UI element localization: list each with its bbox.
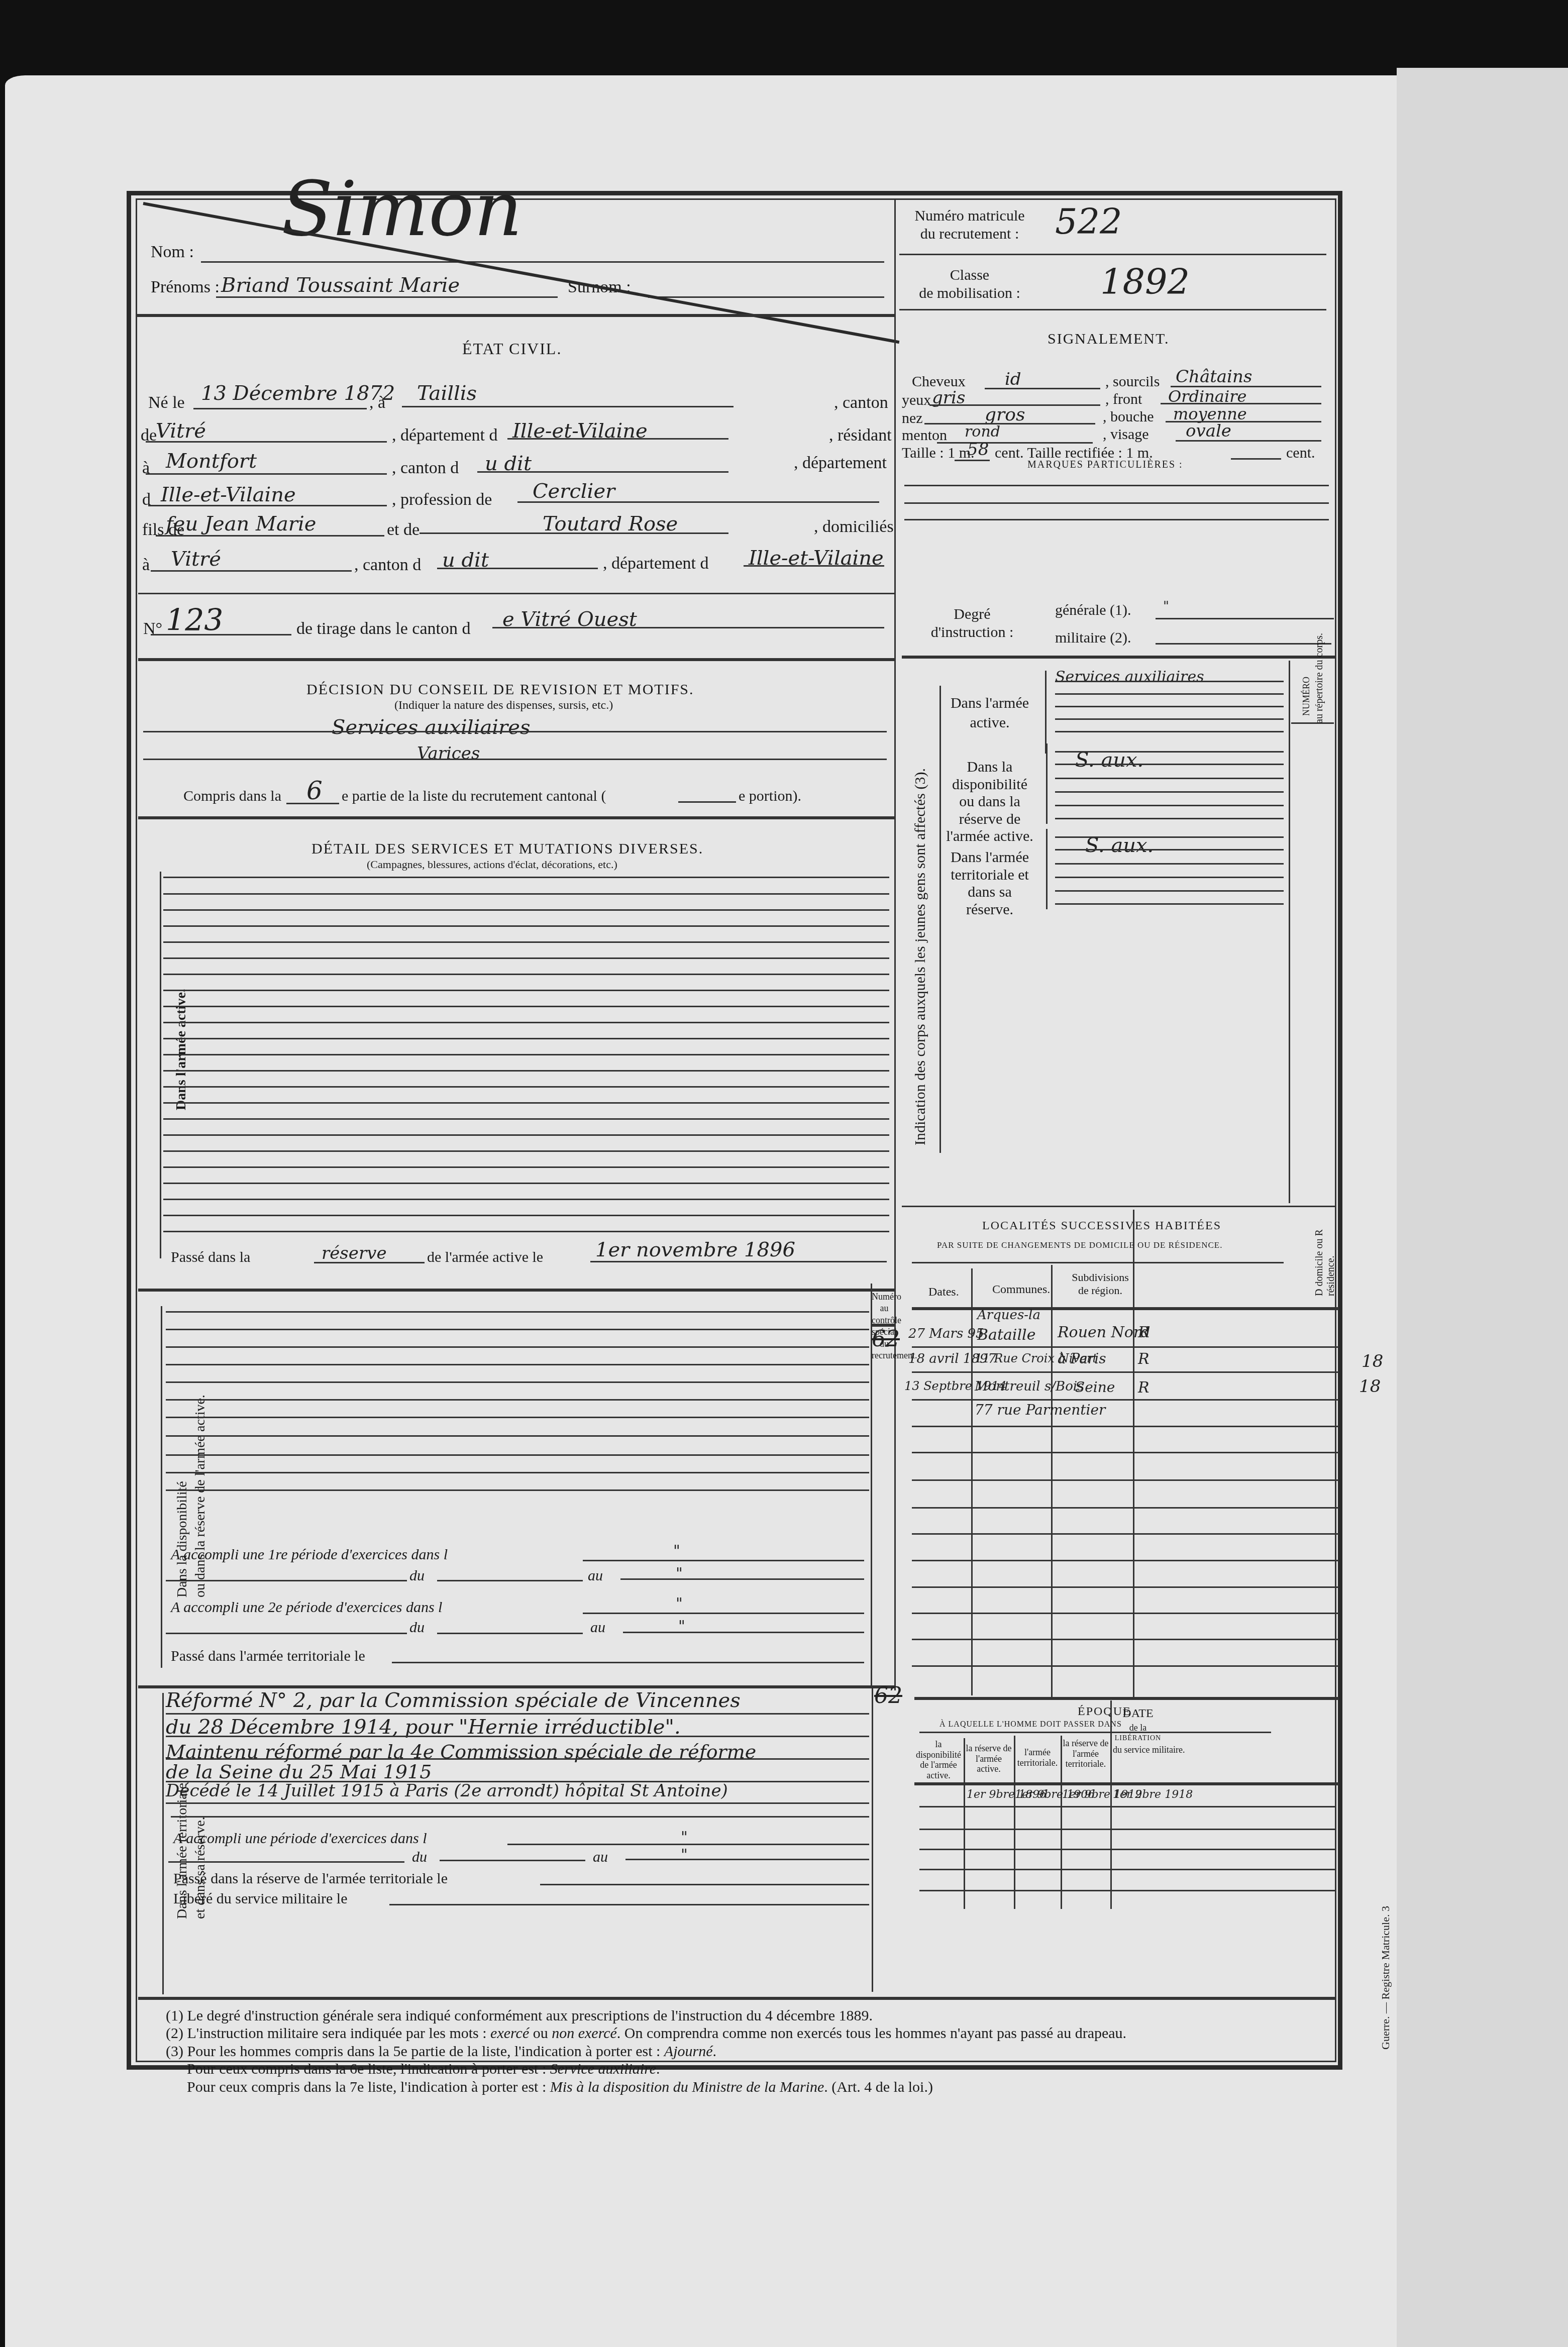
profession-label: , profession de — [392, 491, 492, 508]
liberation-value: 1er 9bre 1918 — [1113, 1788, 1193, 1801]
ruled-line — [912, 1479, 1339, 1481]
ruled-line — [166, 1713, 869, 1715]
numero-ctrl-value: 62 — [872, 1326, 900, 1352]
dispo-bottom-line — [138, 1685, 894, 1688]
ruled-line — [166, 1489, 869, 1491]
decision-subtitle: (Indiquer la nature des dispenses, sursi… — [394, 699, 613, 711]
footnote-4-service: Service auxiliaire — [550, 2061, 656, 2077]
epoque-col-2-label: la réserve de l'armée active. — [965, 1743, 1013, 1774]
periode1-au-line — [620, 1578, 864, 1580]
taille-value: 58 — [967, 440, 989, 460]
passe-date: 1er novembre 1896 — [595, 1238, 795, 1261]
pere-line — [156, 535, 384, 537]
yeux-label: yeux — [902, 393, 931, 408]
row2-subdivision: à Paris — [1058, 1350, 1106, 1367]
margin-note-1: 18 — [1362, 1351, 1383, 1371]
dispo-side-label: Dans la disponibilité ou dans la réserve… — [173, 1395, 210, 1597]
sourcils-label: , sourcils — [1105, 374, 1160, 389]
departement2-label: , département — [794, 455, 887, 472]
row1-subdivision: Rouen Nord — [1058, 1324, 1150, 1341]
dom-a-value: Vitré — [171, 548, 221, 571]
services-subtitle: (Campagnes, blessures, actions d'éclat, … — [367, 859, 617, 870]
surnom-line — [648, 296, 884, 298]
ruled-line — [166, 1346, 869, 1348]
decision-line-2 — [143, 759, 887, 760]
ruled-line — [163, 1102, 889, 1104]
ruled-line — [166, 1417, 869, 1418]
canton-d-line — [477, 471, 728, 473]
footnote-5-marine: Mis à la disposition du Ministre de la M… — [550, 2079, 824, 2095]
tirage-no-line — [151, 634, 291, 635]
decision-line1: Services auxiliaires — [332, 716, 530, 739]
left-right-divider — [894, 314, 896, 1690]
ruled-line — [1055, 890, 1284, 892]
ruled-line — [919, 1869, 1336, 1870]
a-label: , à — [369, 394, 385, 411]
residant-label: , résidant — [829, 427, 892, 444]
ruled-line — [912, 1639, 1339, 1640]
col-subdiv-header: Subdivisions de région. — [1070, 1271, 1130, 1298]
ruled-line — [912, 1533, 1339, 1535]
profession-line — [517, 501, 879, 503]
epoque-col-div-liberation — [1110, 1700, 1112, 1909]
dom-canton-line — [437, 568, 598, 569]
active-bracket — [1045, 671, 1047, 754]
terr-bracket — [162, 1693, 164, 1994]
prenoms-value: Briand Toussaint Marie — [221, 274, 460, 297]
row1-date: 27 Mars 95 — [908, 1326, 984, 1341]
profession-value: Cerclier — [533, 480, 615, 503]
terr-au-line — [625, 1859, 869, 1860]
ruled-line — [166, 1329, 869, 1330]
menton-line — [937, 442, 1093, 444]
affectation-numero-divider — [1289, 661, 1290, 1203]
ruled-line — [1055, 731, 1284, 732]
liberation-label-4: du service militaire. — [1113, 1744, 1163, 1756]
degre-label: Degré d'instruction : — [924, 605, 1020, 642]
epoque-col-4-label: la réserve de l'armée territoriale. — [1062, 1738, 1110, 1769]
dispo-side-label-2: ou dans la réserve de l'armée active. — [191, 1395, 210, 1597]
col-communes-header: Communes. — [992, 1284, 1050, 1296]
matricule-label-1: Numéro matricule — [904, 207, 1035, 225]
menton-label: menton — [902, 428, 947, 443]
footnote-5-text: Pour ceux compris dans la 7e liste, l'in… — [187, 2079, 550, 2095]
periode2-du-label: du — [409, 1620, 425, 1635]
periode2-value: " — [676, 1595, 683, 1613]
row1-commune: Bataille — [977, 1326, 1035, 1344]
sourcils-value: Châtains — [1176, 367, 1252, 387]
ruled-line — [919, 1829, 1336, 1830]
classe-label-1: Classe — [904, 266, 1035, 284]
nom-value: Simon — [281, 166, 522, 253]
page-edge — [1397, 68, 1568, 2347]
canton-de-line — [146, 441, 387, 443]
epoque-subtitle: À LAQUELLE L'HOMME DOIT PASSER DANS — [939, 1721, 1122, 1729]
ruled-line — [163, 1006, 889, 1007]
localites-bottom-line — [914, 1697, 1339, 1700]
ruled-line — [163, 1134, 889, 1136]
tirage-canton-line — [492, 627, 884, 628]
ruled-line — [919, 1806, 1336, 1807]
compris-rest: e partie de la liste du recrutement cant… — [342, 789, 606, 804]
ne-le-line — [193, 408, 367, 409]
margin-vertical-text: Guerre. — Registre Matricule. 3 — [1379, 1906, 1392, 2050]
nez-value: gros — [985, 404, 1025, 425]
terr-note-4: de la Seine du 25 Mai 1915 — [166, 1761, 432, 1783]
passe-rest: de l'armée active le — [427, 1250, 543, 1265]
ruled-line — [912, 1426, 1339, 1427]
periode2-au-value: " — [678, 1618, 685, 1635]
prenoms-label: Prénoms : — [151, 279, 220, 296]
decision-line2: Varices — [417, 743, 480, 764]
domicilies-label: , domiciliés — [814, 518, 894, 536]
passe-value-line — [314, 1262, 425, 1263]
ruled-line — [1055, 706, 1284, 707]
footnote-3-text: (3) Pour les hommes compris dans la 5e p… — [166, 2043, 664, 2060]
periode2-au-label: au — [590, 1620, 605, 1635]
ne-le-label: Né le — [148, 394, 185, 411]
epoque-header-line — [914, 1782, 1339, 1785]
terr-periode-line — [507, 1844, 869, 1845]
services-bottom-line — [138, 1289, 894, 1292]
terr-periode-value: " — [681, 1829, 688, 1846]
terr-libere-label: Libéré du service militaire le — [173, 1891, 348, 1906]
terr-au-label: au — [593, 1850, 608, 1865]
periode1-au-value: " — [676, 1565, 683, 1582]
dom-a-label: à — [142, 557, 150, 574]
margin-note-2: 18 — [1359, 1376, 1381, 1397]
dispo-bracket — [161, 1306, 162, 1668]
terr-numero-value: 62 — [874, 1683, 902, 1709]
residant-a-value: Montfort — [166, 450, 257, 473]
footnote-5: Pour ceux compris dans la 7e liste, l'in… — [166, 2078, 1336, 2096]
ruled-line — [912, 1371, 1339, 1373]
footnote-3: (3) Pour les hommes compris dans la 5e p… — [166, 2043, 1336, 2060]
residant-a-line — [146, 473, 387, 475]
periode1-value: " — [673, 1542, 680, 1560]
decision-line-1 — [143, 731, 887, 732]
epoque-col-3-label: l'armée territoriale. — [1015, 1747, 1060, 1768]
portion-label: e portion). — [739, 789, 801, 804]
taille-line — [955, 460, 990, 461]
decision-bottom-line — [138, 816, 894, 819]
ruled-line — [1055, 836, 1284, 838]
matricule-label: Numéro matricule du recrutement : — [904, 207, 1035, 243]
cheveux-value: id — [1005, 369, 1021, 389]
periode2-label: A accompli une 2e période d'exercices da… — [171, 1600, 442, 1615]
epoque-brace — [919, 1732, 1271, 1733]
marques-line-1 — [904, 485, 1329, 486]
cheveux-line — [985, 388, 1100, 389]
terr-note-5: Décédé le 14 Juillet 1915 à Paris (2e ar… — [166, 1781, 728, 1801]
ruled-line — [1055, 863, 1284, 865]
row3-subdivision: Seine — [1075, 1379, 1115, 1396]
liberation-label-1: DATE — [1113, 1705, 1163, 1722]
footnotes: (1) Le degré d'instruction générale sera… — [166, 2007, 1336, 2096]
nom-label: Nom : — [151, 244, 194, 261]
visage-line — [1176, 440, 1321, 442]
affectation-dispo-label: Dans la disponibilité ou dans la réserve… — [945, 759, 1035, 845]
ruled-line — [1055, 805, 1284, 806]
ruled-line — [163, 974, 889, 975]
ruled-line — [163, 1215, 889, 1216]
nez-label: nez — [902, 411, 923, 426]
pere-value: feu Jean Marie — [166, 512, 316, 536]
col-dates-header: Dates. — [928, 1286, 959, 1298]
taille-label: Taille : 1 m. — [902, 446, 975, 461]
dom-dept-label: , département d — [603, 555, 709, 572]
ruled-line — [163, 1183, 889, 1184]
classe-line — [899, 309, 1326, 310]
footnote-4-text: Pour ceux compris dans la 6e liste, l'in… — [187, 2061, 550, 2077]
col-subdiv-header-2: de région. — [1070, 1284, 1130, 1297]
periode1-du-label: du — [409, 1568, 425, 1583]
compris-label: Compris dans la — [183, 789, 281, 804]
mere-line — [420, 532, 728, 534]
ruled-line — [163, 957, 889, 959]
ruled-line — [163, 1118, 889, 1120]
visage-label: , visage — [1103, 427, 1149, 442]
ruled-line — [163, 1054, 889, 1055]
footnote-4: Pour ceux compris dans la 6e liste, l'in… — [166, 2060, 1336, 2078]
footnote-1: (1) Le degré d'instruction générale sera… — [166, 2007, 1336, 2024]
terr-passe-reserve-label: Passé dans la réserve de l'armée territo… — [173, 1871, 448, 1886]
ruled-line — [166, 1758, 869, 1760]
generale-label: générale (1). — [1055, 603, 1131, 618]
row0-commune: Arques-la — [977, 1308, 1040, 1323]
ruled-line — [163, 877, 889, 878]
terr-libere-line — [389, 1904, 869, 1905]
affectation-active-value: Services auxiliaires — [1055, 668, 1204, 686]
header-divider — [894, 198, 896, 314]
ne-le-value: 13 Décembre 1872 — [201, 382, 395, 405]
footnotes-top-line — [138, 1997, 1336, 2000]
marques-line-3 — [904, 519, 1329, 520]
departement-label: , département d — [392, 427, 498, 444]
ruled-line — [1055, 849, 1284, 850]
bouche-label: , bouche — [1103, 409, 1154, 424]
passe-terr-label: Passé dans l'armée territoriale le — [171, 1649, 365, 1664]
footnote-2-ou: ou — [529, 2025, 552, 2042]
ruled-line — [171, 1816, 869, 1818]
ruled-line — [163, 925, 889, 927]
liberation-label-3: LIBÉRATION — [1113, 1734, 1163, 1744]
ruled-line — [166, 1802, 869, 1804]
affectation-side-label: Indication des corps auxquels les jeunes… — [912, 768, 929, 1145]
periode1-label: A accompli une 1re période d'exercices d… — [171, 1547, 448, 1562]
localites-title: LOCALITÉS SUCCESSIVES HABITÉES — [982, 1220, 1221, 1232]
tirage-bottom-line — [138, 658, 894, 661]
cent-label: cent. — [1286, 446, 1315, 461]
ruled-line — [163, 1166, 889, 1168]
ruled-line — [166, 1472, 869, 1473]
col-subdiv-header-1: Subdivisions — [1070, 1271, 1130, 1284]
marques-label: MARQUES PARTICULIÈRES : — [1027, 460, 1183, 470]
affectation-numero-label-2: au répertoire du corps. — [1314, 633, 1325, 723]
dom-dept-line — [744, 565, 884, 567]
ruled-line — [912, 1399, 1339, 1401]
ruled-line — [163, 1150, 889, 1152]
ruled-line — [163, 1038, 889, 1039]
epoque-col-1-label: la disponibilité de l'armée active. — [914, 1739, 963, 1781]
affectation-active-label: Dans l'armée active. — [945, 693, 1035, 732]
row2-dr: R — [1138, 1350, 1149, 1368]
liberation-label-2: de la — [1113, 1722, 1163, 1734]
a-value: Taillis — [417, 382, 477, 405]
ruled-line — [166, 1736, 869, 1737]
services-bracket — [160, 872, 161, 1258]
footnote-3-ajourne: Ajourné — [664, 2043, 713, 2060]
decision-title: DÉCISION DU CONSEIL DE REVISION ET MOTIF… — [306, 682, 694, 697]
periode2-line — [583, 1613, 864, 1614]
ruled-line — [1055, 718, 1284, 720]
dom-a-line — [151, 570, 352, 572]
ruled-line — [1055, 693, 1284, 695]
periode2-du-line — [437, 1633, 583, 1634]
ruled-line — [166, 1381, 869, 1383]
localites-header-line — [912, 1307, 1339, 1310]
periode1-line — [583, 1560, 864, 1561]
taille-rectifiee-label: cent. Taille rectifiée : 1 m. — [995, 446, 1153, 461]
footnote-5-rest: . (Art. 4 de la loi.) — [824, 2079, 933, 2095]
localites-brace — [912, 1262, 1284, 1263]
terr-du-label: du — [412, 1850, 427, 1865]
col-dr-header: D domicile ou R résidence. — [1314, 1216, 1337, 1296]
tirage-no-value: 123 — [166, 603, 224, 638]
ruled-line — [163, 1199, 889, 1200]
ruled-line — [166, 1311, 869, 1313]
degre-label-1: Degré — [924, 605, 1020, 623]
terr-note-1: Réformé N° 2, par la Commission spéciale… — [166, 1689, 741, 1712]
nez-line — [924, 423, 1095, 424]
services-title: DÉTAIL DES SERVICES ET MUTATIONS DIVERSE… — [311, 841, 703, 857]
terr-numero-divider — [872, 1685, 873, 1992]
ruled-line — [912, 1613, 1339, 1614]
dispo-affect-bracket — [1046, 743, 1048, 824]
row3-commune: Montreuil s/Bois — [975, 1379, 1084, 1394]
militaire-line — [1156, 643, 1331, 645]
ruled-line — [163, 1086, 889, 1088]
generale-value: " — [1163, 599, 1169, 614]
affectation-bottom-line — [902, 1206, 1336, 1207]
dispo-side-label-1: Dans la disponibilité — [173, 1395, 191, 1597]
et-de-label: et de — [387, 521, 420, 539]
ruled-line — [1055, 778, 1284, 779]
classe-label: Classe de mobilisation : — [904, 266, 1035, 302]
compris-line — [286, 803, 339, 804]
matricule-value: 522 — [1055, 201, 1122, 242]
generale-line — [1156, 618, 1334, 619]
canton-label: , canton — [834, 394, 888, 411]
etat-civil-bottom-line — [138, 593, 894, 594]
ruled-line — [1055, 681, 1284, 682]
prenoms-line — [216, 296, 558, 298]
ruled-line — [163, 990, 889, 991]
canton-d-label: , canton d — [392, 460, 459, 477]
militaire-label: militaire (2). — [1055, 630, 1131, 646]
footnote-2-exerce: exercé — [490, 2025, 529, 2042]
terr-du-line — [440, 1860, 585, 1861]
terr-au-value: " — [681, 1846, 688, 1864]
classe-value: 1892 — [1100, 261, 1190, 302]
passe-label: Passé dans la — [171, 1250, 250, 1265]
col-divider-communes — [1051, 1265, 1053, 1697]
liberation-header: DATE de la LIBÉRATION du service militai… — [1113, 1705, 1163, 1756]
ruled-line — [163, 941, 889, 943]
matricule-label-2: du recrutement : — [904, 225, 1035, 243]
nom-line — [201, 261, 884, 263]
ruled-line — [1055, 903, 1284, 905]
periode2-au-line — [623, 1632, 864, 1633]
marques-line-2 — [904, 502, 1329, 504]
footnote-2-rest: . On comprendra comme non exercés tous l… — [617, 2025, 1126, 2042]
periode2-du-pre-line — [166, 1633, 407, 1634]
ruled-line — [166, 1454, 869, 1456]
canton-de-value: Vitré — [156, 419, 206, 443]
numero-underline — [1291, 722, 1334, 724]
tirage-label: de tirage dans le canton d — [296, 620, 470, 637]
ruled-line — [163, 893, 889, 895]
terr-affect-bracket — [1046, 829, 1048, 909]
signalement-title: SIGNALEMENT. — [1048, 332, 1170, 347]
dept2-line — [148, 505, 387, 506]
compris-value: 6 — [306, 776, 323, 805]
ruled-line — [1055, 791, 1284, 793]
ruled-line — [166, 1435, 869, 1437]
terr-periode-label: A accompli une période d'exercices dans … — [173, 1831, 427, 1846]
affectation-numero-label-1: NUMÉRO — [1301, 677, 1312, 716]
passe-terr-line — [392, 1662, 864, 1663]
col-divider-subdiv — [1133, 1210, 1134, 1697]
ruled-line — [166, 1399, 869, 1401]
passe-date-line — [590, 1261, 887, 1262]
row4-commune: 77 rue Parmentier — [975, 1402, 1105, 1418]
classe-label-2: de mobilisation : — [904, 284, 1035, 302]
menton-value: rond — [965, 423, 1000, 441]
front-label: , front — [1105, 392, 1142, 407]
periode1-au-label: au — [588, 1568, 603, 1583]
ruled-line — [1055, 877, 1284, 878]
row3-dr: R — [1138, 1379, 1149, 1397]
footnote-2-text: (2) L'instruction militaire sera indiqué… — [166, 2025, 490, 2042]
affectation-bracket — [939, 686, 941, 1153]
ruled-line — [919, 1849, 1336, 1850]
ruled-line — [912, 1586, 1339, 1588]
row1-dr: R — [1138, 1324, 1149, 1341]
ruled-line — [919, 1890, 1336, 1891]
etat-civil-title: ÉTAT CIVIL. — [462, 341, 562, 357]
instruction-bottom-line — [902, 656, 1336, 659]
passe-value: réserve — [322, 1243, 387, 1263]
ruled-line — [163, 1231, 889, 1232]
terr-passe-reserve-line — [540, 1884, 869, 1885]
terr-du-pre-line — [168, 1861, 404, 1863]
periode1-du-pre-line — [166, 1580, 407, 1581]
ruled-line — [166, 1364, 869, 1365]
periode1-du-line — [437, 1580, 583, 1581]
dept2-value: Ille-et-Vilaine — [161, 483, 296, 506]
localites-subtitle: PAR SUITE DE CHANGEMENTS DE DOMICILE OU … — [937, 1241, 1223, 1249]
ruled-line — [912, 1452, 1339, 1453]
degre-label-2: d'instruction : — [924, 623, 1020, 642]
ruled-line — [912, 1665, 1339, 1667]
ruled-line — [912, 1507, 1339, 1509]
matricule-line — [899, 254, 1326, 255]
ruled-line — [1055, 764, 1284, 765]
portion-line — [678, 801, 736, 803]
ruled-line — [1055, 818, 1284, 819]
departement-line — [507, 438, 728, 440]
